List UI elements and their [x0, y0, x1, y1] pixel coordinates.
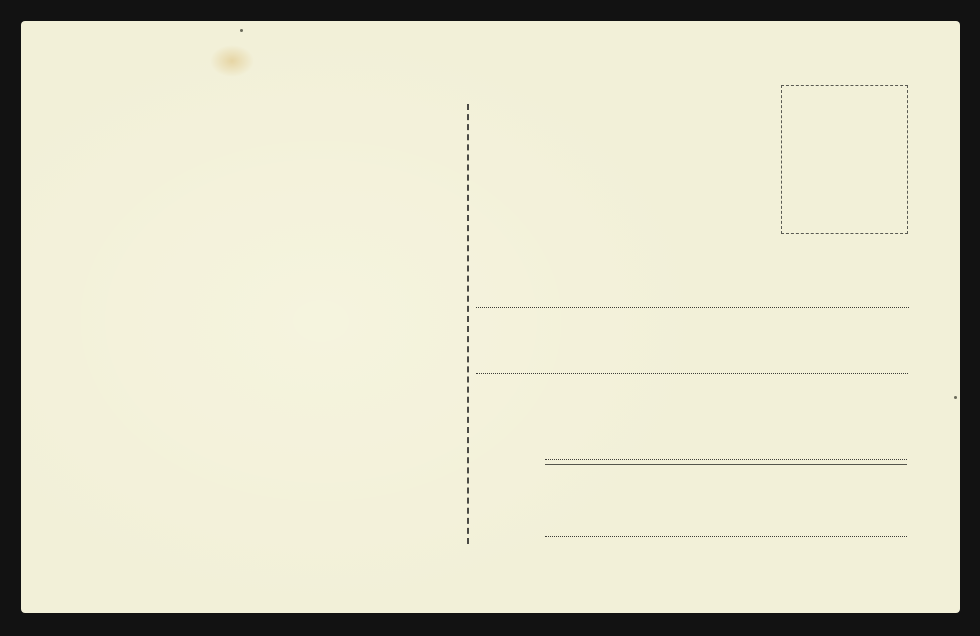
address-line-4 — [545, 536, 907, 537]
stamp-box — [781, 85, 908, 234]
center-divider-line — [467, 104, 469, 544]
stain-speck — [954, 396, 957, 399]
address-line-3-underline — [545, 464, 907, 465]
address-line-3 — [545, 459, 907, 460]
address-line-2 — [476, 373, 908, 374]
address-line-1 — [476, 307, 909, 308]
stain-speck — [240, 29, 243, 32]
postcard-back — [21, 21, 960, 613]
message-area — [41, 41, 451, 581]
